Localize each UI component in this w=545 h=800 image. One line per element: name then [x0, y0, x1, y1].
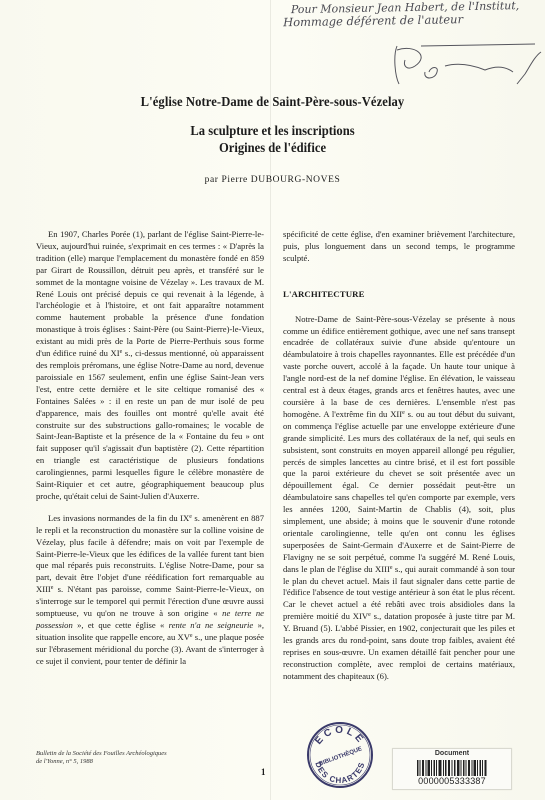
bulletin-line-2: de l'Yonne, n° 5, 1988: [36, 758, 167, 766]
bulletin-citation: Bulletin de la Société des Fouilles Arch…: [36, 750, 167, 766]
author-prefix: par: [205, 175, 219, 185]
handwritten-dedication: Pour Monsieur Jean Habert, de l'Institut…: [283, 0, 545, 28]
article-header: L'église Notre-Dame de Saint-Père-sous-V…: [0, 95, 545, 185]
document-page: Pour Monsieur Jean Habert, de l'Institut…: [0, 0, 545, 800]
signature-icon: [385, 36, 545, 86]
paragraph-2: Les invasions normandes de la fin du IXe…: [36, 513, 264, 668]
bulletin-line-1: Bulletin de la Société des Fouilles Arch…: [36, 750, 167, 758]
section-heading: L'ARCHITECTURE: [283, 289, 515, 301]
page-number: 1: [261, 767, 266, 777]
library-stamp-icon: ECOLE BIBLIOTHÈQUE DES CHARTES: [305, 720, 375, 790]
article-subtitle-line-2: Origines de l'édifice: [27, 140, 518, 157]
left-column: En 1907, Charles Porée (1), parlant de l…: [36, 229, 264, 668]
author-name: Pierre DUBOURG-NOVES: [222, 175, 341, 185]
barcode-label: Document 0000005333387: [392, 748, 512, 790]
barcode-title: Document: [393, 750, 511, 757]
architecture-paragraph: Notre-Dame de Saint-Père-sous-Vézelay se…: [283, 314, 515, 683]
intro-paragraph: spécificité de cette église, d'en examin…: [283, 229, 515, 265]
article-title: L'église Notre-Dame de Saint-Père-sous-V…: [27, 95, 518, 111]
barcode-number: 0000005333387: [393, 776, 511, 786]
svg-text:BIBLIOTHÈQUE: BIBLIOTHÈQUE: [318, 744, 363, 767]
paragraph-1: En 1907, Charles Porée (1), parlant de l…: [36, 229, 264, 503]
barcode-icon: [417, 760, 487, 776]
author-byline: par Pierre DUBOURG-NOVES: [0, 175, 545, 185]
right-column: spécificité de cette église, d'en examin…: [283, 229, 515, 683]
dedication-line-2: Hommage déférent de l'auteur: [283, 12, 545, 29]
article-subtitle-line-1: La sculpture et les inscriptions: [27, 123, 518, 140]
